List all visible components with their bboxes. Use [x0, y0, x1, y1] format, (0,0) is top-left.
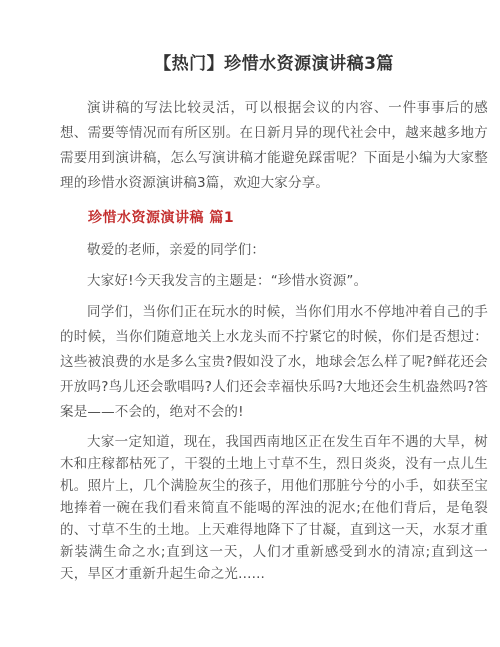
greeting-paragraph: 大家好!今天我发言的主题是：“珍惜水资源”。: [60, 269, 488, 294]
section-heading: 珍惜水资源演讲稿 篇1: [60, 208, 488, 228]
intro-paragraph: 演讲稿的写法比较灵活，可以根据会议的内容、一件事事后的感想、需要等情况而有所区别…: [60, 96, 488, 196]
salutation-paragraph: 敬爱的老师，亲爱的同学们：: [60, 238, 488, 263]
document-page: 【热门】珍惜水资源演讲稿3篇 演讲稿的写法比较灵活，可以根据会议的内容、一件事事…: [0, 0, 500, 647]
body-paragraph-questions: 同学们，当你们正在玩水的时候，当你们用水不停地冲着自己的手的时候，当你们随意地关…: [60, 300, 488, 425]
document-title: 【热门】珍惜水资源演讲稿3篇: [60, 52, 488, 76]
body-paragraph-drought: 大家一定知道，现在，我国西南地区正在发生百年不遇的大旱，树木和庄稼都枯死了，干裂…: [60, 431, 488, 585]
